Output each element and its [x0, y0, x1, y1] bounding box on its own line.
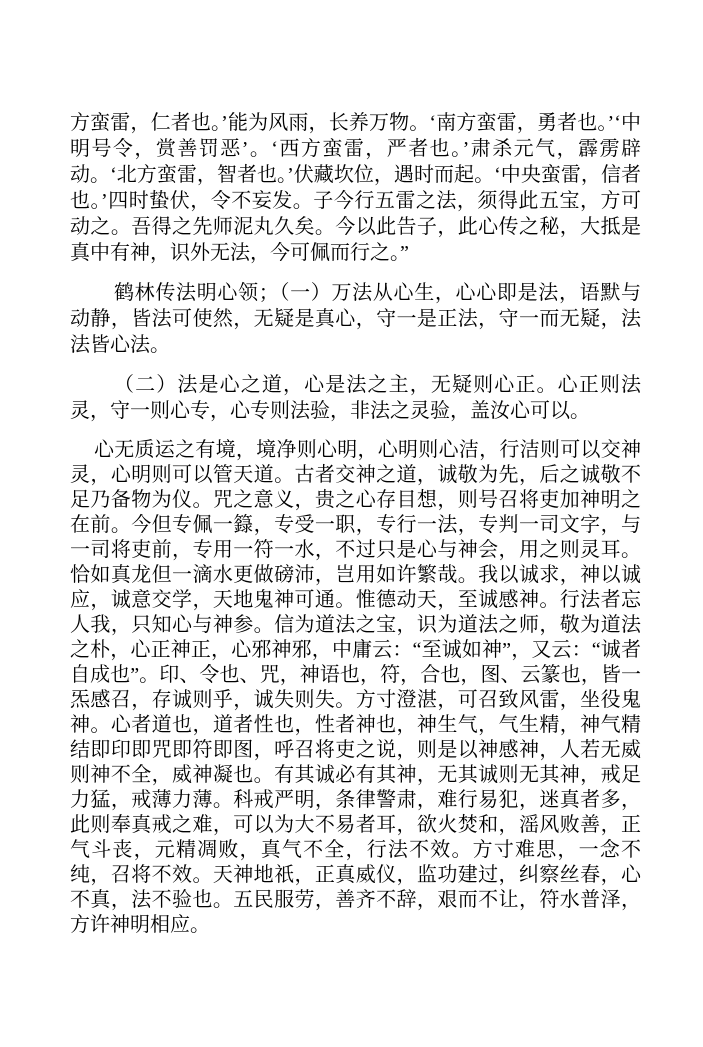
paragraph-point-two: （二）法是心之道，心是法之主，无疑则心正。心正则法灵，守一则心专，心专则法验，非… [70, 372, 641, 424]
paragraph-quoted-speech: 方蛮雷，仁者也。’能为风雨，长养万物。‘南方蛮雷，勇者也。’‘中明号令，赏善罚恶… [70, 110, 641, 266]
paragraph-main-body: 心无质运之有境，境净则心明，心明则心洁，行洁则可以交神灵，心明则可以管天道。古者… [70, 438, 641, 938]
paragraph-helin-point-one: 鹤林传法明心领；（一）万法从心生，心心即是法，语默与动静，皆法可使然，无疑是真心… [70, 280, 641, 358]
document-page: 方蛮雷，仁者也。’能为风雨，长养万物。‘南方蛮雷，勇者也。’‘中明号令，赏善罚恶… [0, 0, 703, 1047]
